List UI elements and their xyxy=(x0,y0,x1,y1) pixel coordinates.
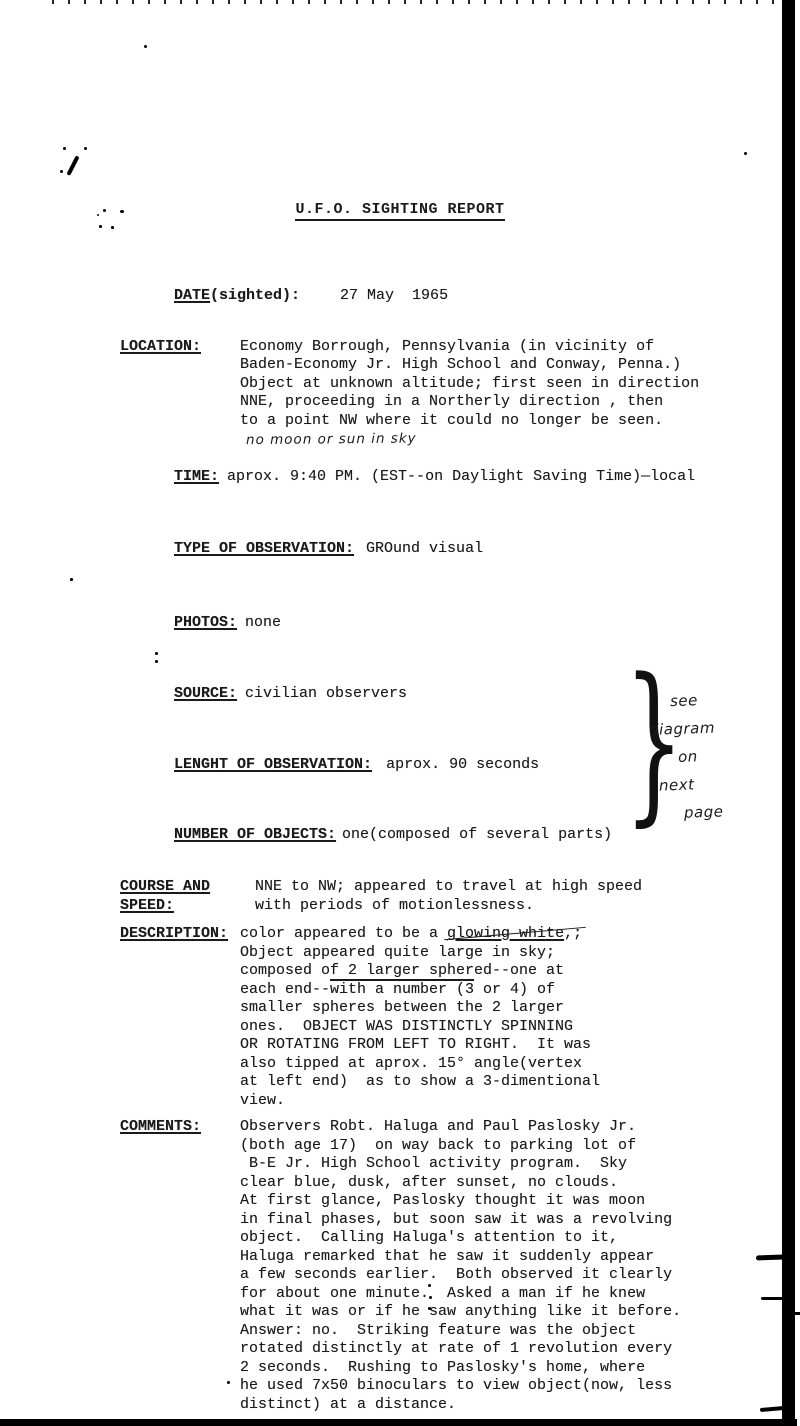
scan-speck xyxy=(99,225,102,228)
text-line: Object at unknown altitude; first seen i… xyxy=(240,375,720,394)
text-line: in final phases, but soon saw it was a r… xyxy=(240,1211,720,1230)
scan-edge-top xyxy=(52,0,782,4)
margin-note-line: see xyxy=(648,684,759,716)
field-location: LOCATION: Economy Borrough, Pennsylvania… xyxy=(120,338,720,448)
field-description: DESCRIPTION: color appeared to be a glow… xyxy=(120,925,720,1110)
text-line: Observers Robt. Haluga and Paul Paslosky… xyxy=(240,1118,720,1137)
field-date-label: DATE(sighted): xyxy=(174,287,300,304)
scan-speck xyxy=(60,170,63,173)
text-line: (both age 17) on way back to parking lot… xyxy=(240,1137,720,1156)
text-line: he used 7x50 binoculars to view object(n… xyxy=(240,1377,720,1396)
scan-mark xyxy=(761,1297,784,1300)
field-comments: COMMENTS: Observers Robt. Haluga and Pau… xyxy=(120,1118,720,1414)
text-line: Economy Borrough, Pennsylvania (in vicin… xyxy=(240,338,720,357)
pen-mark xyxy=(66,155,79,175)
text-line: each end--with a number (3 or 4) of xyxy=(240,981,720,1000)
field-location-text: Economy Borrough, Pennsylvania (in vicin… xyxy=(240,338,720,448)
scan-speck xyxy=(63,147,66,150)
scan-speck xyxy=(111,226,114,229)
scan-mark xyxy=(756,1255,784,1261)
scan-speck xyxy=(70,578,73,581)
text-line: NNE, proceeding in a Northerly direction… xyxy=(240,393,720,412)
field-course-label: COURSE AND SPEED: xyxy=(120,878,255,915)
scan-mark xyxy=(793,1312,800,1315)
text-line: rotated distinctly at rate of 1 revoluti… xyxy=(240,1340,720,1359)
text-line: object. Calling Haluga's attention to it… xyxy=(240,1229,720,1248)
field-length-label: LENGHT OF OBSERVATION: xyxy=(174,756,372,773)
text-line: clear blue, dusk, after sunset, no cloud… xyxy=(240,1174,720,1193)
field-comments-text: Observers Robt. Haluga and Paul Paslosky… xyxy=(240,1118,720,1414)
margin-note-line: page xyxy=(651,796,762,828)
field-type-of-observation: TYPE OF OBSERVATION:GROund visual xyxy=(120,522,720,578)
text-line: at left end) as to show a 3-dimentional xyxy=(240,1073,720,1092)
text-line: smaller spheres between the 2 larger xyxy=(240,999,720,1018)
text-line: Haluga remarked that he saw it suddenly … xyxy=(240,1248,720,1267)
text-line: OR ROTATING FROM LEFT TO RIGHT. It was xyxy=(240,1036,720,1055)
margin-note-line: next xyxy=(651,768,762,800)
scanned-report-page: U.F.O. SIGHTING REPORT DATE(sighted):27 … xyxy=(0,0,800,1426)
text-line: with periods of motionlessness. xyxy=(255,897,720,916)
handwritten-note: no moon or sun in sky xyxy=(246,428,720,449)
scan-speck xyxy=(144,45,147,48)
text-line: view. xyxy=(240,1092,720,1111)
text-line: also tipped at aprox. 15° angle(vertex xyxy=(240,1055,720,1074)
field-number-label: NUMBER OF OBJECTS: xyxy=(174,826,336,843)
scan-edge-bottom xyxy=(0,1419,797,1426)
margin-note-line: on xyxy=(650,740,761,772)
struck-phrase: glowing white,; xyxy=(447,925,582,944)
field-description-label: DESCRIPTION: xyxy=(120,925,240,944)
scan-speck xyxy=(744,152,747,155)
field-source-value: civilian observers xyxy=(245,685,407,704)
field-type-label: TYPE OF OBSERVATION: xyxy=(174,540,354,557)
text-line: NNE to NW; appeared to travel at high sp… xyxy=(255,878,720,897)
text-line: for about one minute. Asked a man if he … xyxy=(240,1285,720,1304)
field-time-value: aprox. 9:40 PM. (EST--on Daylight Saving… xyxy=(227,468,695,487)
text-line: B-E Jr. High School activity program. Sk… xyxy=(240,1155,720,1174)
field-date: DATE(sighted):27 May 1965 xyxy=(120,268,720,324)
text-line: composed of 2 larger sphered--one at xyxy=(240,962,720,981)
text-line: Answer: no. Striking feature was the obj… xyxy=(240,1322,720,1341)
text-line: distinct) at a distance. xyxy=(240,1396,720,1415)
field-number-value: one(composed of several parts) xyxy=(342,826,612,845)
field-date-value: 27 May 1965 xyxy=(340,287,448,306)
field-photos-value: none xyxy=(245,614,281,633)
page-title: U.F.O. SIGHTING REPORT xyxy=(0,201,800,218)
field-source-label: SOURCE: xyxy=(174,685,237,702)
field-photos-label: PHOTOS: xyxy=(174,614,237,631)
field-time-label: TIME: xyxy=(174,468,219,485)
text-line: what it was or if he saw anything like i… xyxy=(240,1303,720,1322)
field-course-and-speed: COURSE AND SPEED: NNE to NW; appeared to… xyxy=(120,878,720,915)
field-course-text: NNE to NW; appeared to travel at high sp… xyxy=(255,878,720,915)
text-line: Baden-Economy Jr. High School and Conway… xyxy=(240,356,720,375)
margin-note: see diagram on next page xyxy=(648,684,763,828)
field-description-text: color appeared to be a glowing white,; O… xyxy=(240,925,720,1110)
text-line: color appeared to be a glowing white,; xyxy=(240,925,720,944)
margin-note-line: diagram xyxy=(649,712,760,744)
text-line: Object appeared quite large in sky; xyxy=(240,944,720,963)
text-line: 2 seconds. Rushing to Paslosky's home, w… xyxy=(240,1359,720,1378)
text-line: ones. OBJECT WAS DISTINCTLY SPINNING xyxy=(240,1018,720,1037)
field-comments-label: COMMENTS: xyxy=(120,1118,240,1137)
field-time: TIME:aprox. 9:40 PM. (EST--on Daylight S… xyxy=(120,449,720,505)
overlined-phrase: with a number (3 xyxy=(330,981,474,998)
scan-mark xyxy=(760,1406,784,1412)
text-line: a few seconds earlier. Both observed it … xyxy=(240,1266,720,1285)
text-line: to a point NW where it could no longer b… xyxy=(240,412,720,431)
text-line: At first glance, Paslosky thought it was… xyxy=(240,1192,720,1211)
scan-speck xyxy=(84,147,87,150)
field-location-label: LOCATION: xyxy=(120,338,240,357)
field-length-value: aprox. 90 seconds xyxy=(386,756,539,775)
field-type-value: GROund visual xyxy=(366,540,483,559)
